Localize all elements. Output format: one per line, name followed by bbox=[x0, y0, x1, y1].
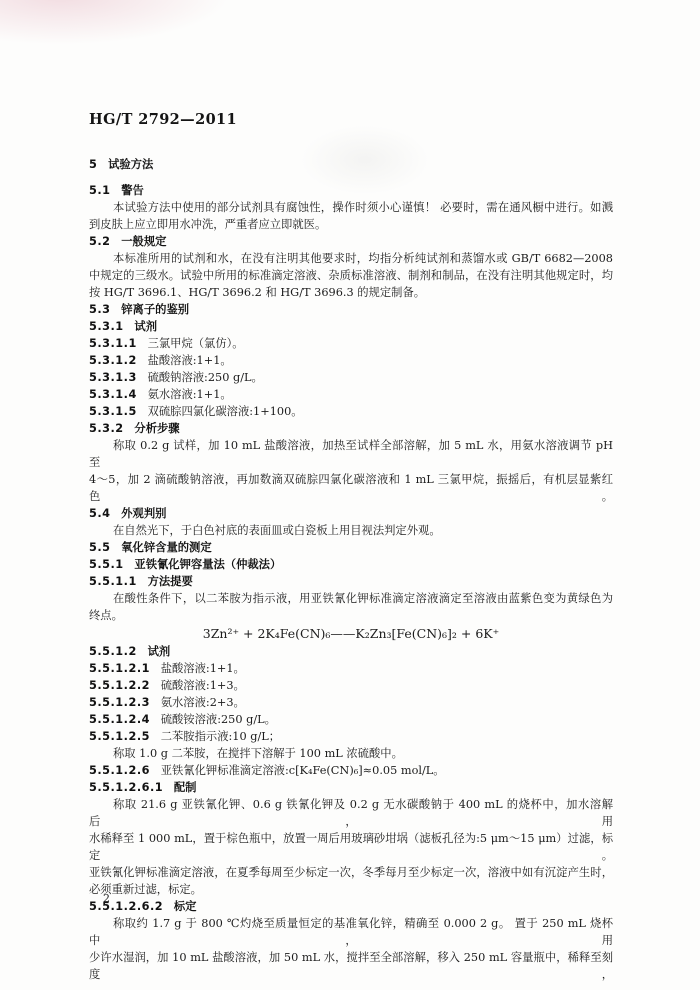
paragraph-line: 按 HG/T 3696.1、HG/T 3696.2 和 HG/T 3696.3 … bbox=[89, 284, 613, 301]
line-text: 外观判别 bbox=[121, 507, 166, 520]
paragraph-line: 称取 1.0 g 二苯胺，在搅拌下溶解于 100 mL 浓硫酸中。 bbox=[89, 745, 613, 762]
paragraph-line: 少许水湿润，加 10 mL 盐酸溶液，加 50 mL 水，搅拌至全部溶解，移入 … bbox=[89, 949, 613, 983]
line-text: 硫酸钠溶液:250 g/L。 bbox=[148, 371, 263, 384]
line-text: 在酸性条件下，以二苯胺为指示液，用亚铁氰化钾标准滴定溶液滴定至溶液由蓝紫色变为黄… bbox=[113, 592, 613, 605]
line-text: 亚铁氰化钾标准滴定溶液:c[K₄Fe(CN)₆]≈0.05 mol/L。 bbox=[161, 764, 445, 777]
paragraph-line: 水稀释至 1 000 mL，置于棕色瓶中，放置一周后用玻璃砂坩埚（滤板孔径为:5… bbox=[89, 830, 613, 864]
line-text: 本标准所用的试剂和水，在没有注明其他要求时，均指分析纯试剂和蒸馏水或 GB/T … bbox=[113, 252, 613, 265]
clause-number: 5.5.1.2.6.2 bbox=[89, 900, 163, 913]
line-text: 警告 bbox=[121, 184, 144, 197]
line-text: 少许水湿润，加 10 mL 盐酸溶液，加 50 mL 水，搅拌至全部溶解，移入 … bbox=[89, 951, 613, 981]
line-text: 配制 bbox=[174, 781, 197, 794]
line-text: 双硫腙四氯化碳溶液:1+100。 bbox=[148, 405, 303, 418]
clause-line: 5.3.1.2盐酸溶液:1+1。 bbox=[89, 352, 613, 369]
line-text: 称取 0.2 g 试样，加 10 mL 盐酸溶液，加热至试样全部溶解，加 5 m… bbox=[89, 439, 613, 469]
section-heading: 5.3.1试剂 bbox=[89, 318, 613, 335]
clause-number: 5.3.1.2 bbox=[89, 354, 137, 367]
section-heading: 5.5.1.1方法提要 bbox=[89, 573, 613, 590]
section-heading: 5.5.1.2试剂 bbox=[89, 643, 613, 660]
section-heading: 5.5氧化锌含量的测定 bbox=[89, 539, 613, 556]
clause-line: 5.5.1.2.1盐酸溶液:1+1。 bbox=[89, 660, 613, 677]
line-text: 标定 bbox=[174, 900, 197, 913]
clause-number: 5.5.1.2.4 bbox=[89, 713, 150, 726]
line-text: 锌离子的鉴别 bbox=[121, 303, 189, 316]
clause-number: 5.5.1.2.5 bbox=[89, 730, 150, 743]
page-number: 2 bbox=[103, 892, 110, 905]
line-text: 按 HG/T 3696.1、HG/T 3696.2 和 HG/T 3696.3 … bbox=[89, 286, 425, 299]
line-text: 氨水溶液:1+1。 bbox=[148, 388, 232, 401]
standard-number: HG/T 2792—2011 bbox=[89, 111, 237, 128]
paragraph-line: 本试验方法中使用的部分试剂具有腐蚀性，操作时须小心谨慎！ 必要时，需在通风橱中进… bbox=[89, 199, 613, 216]
line-text: 亚铁氰化钾容量法（仲裁法） bbox=[134, 558, 281, 571]
line-text: 试剂 bbox=[134, 320, 157, 333]
document-page: HG/T 2792—2011 5试验方法5.1警告本试验方法中使用的部分试剂具有… bbox=[0, 0, 700, 990]
section-heading: 5.5.1.2.6.1配制 bbox=[89, 779, 613, 796]
line-text: 到皮肤上应立即用水冲洗，严重者应立即就医。 bbox=[89, 218, 326, 231]
clause-number: 5.5.1.2.6.1 bbox=[89, 781, 163, 794]
line-text: 三氯甲烷（氯仿）。 bbox=[148, 337, 244, 350]
section-heading: 5.5.1亚铁氰化钾容量法（仲裁法） bbox=[89, 556, 613, 573]
clause-number: 5.4 bbox=[89, 507, 111, 520]
line-text: 盐酸溶液:1+1。 bbox=[161, 662, 245, 675]
line-text: 氧化锌含量的测定 bbox=[121, 541, 211, 554]
line-text: 硫酸溶液:1+3。 bbox=[161, 679, 245, 692]
paragraph-line: 称取 0.2 g 试样，加 10 mL 盐酸溶液，加热至试样全部溶解，加 5 m… bbox=[89, 437, 613, 471]
clause-line: 5.5.1.2.6亚铁氰化钾标准滴定溶液:c[K₄Fe(CN)₆]≈0.05 m… bbox=[89, 762, 613, 779]
clause-line: 5.5.1.2.2硫酸溶液:1+3。 bbox=[89, 677, 613, 694]
line-text: 称取约 1.7 g 于 800 ℃灼烧至质量恒定的基准氧化锌，精确至 0.000… bbox=[89, 917, 613, 947]
clause-line: 5.5.1.2.5二苯胺指示液:10 g/L； bbox=[89, 728, 613, 745]
clause-number: 5.5 bbox=[89, 541, 111, 554]
clause-line: 5.3.1.4氨水溶液:1+1。 bbox=[89, 386, 613, 403]
section-heading: 5.3锌离子的鉴别 bbox=[89, 301, 613, 318]
paragraph-line: 称取约 1.7 g 于 800 ℃灼烧至质量恒定的基准氧化锌，精确至 0.000… bbox=[89, 915, 613, 949]
line-text: 氨水溶液:2+3。 bbox=[161, 696, 245, 709]
line-text: 试验方法 bbox=[108, 158, 153, 171]
paragraph-line: 亚铁氰化钾标准滴定溶液，在夏季每周至少标定一次，冬季每月至少标定一次，溶液中如有… bbox=[89, 864, 613, 881]
line-text: 二苯胺指示液:10 g/L； bbox=[161, 730, 280, 743]
paragraph-line: 到皮肤上应立即用水冲洗，严重者应立即就医。 bbox=[89, 216, 613, 233]
section-heading: 5.1警告 bbox=[89, 182, 613, 199]
line-text: 亚铁氰化钾标准滴定溶液，在夏季每周至少标定一次，冬季每月至少标定一次，溶液中如有… bbox=[89, 866, 613, 879]
paragraph-line: 必须重新过滤，标定。 bbox=[89, 881, 613, 898]
clause-number: 5.1 bbox=[89, 184, 111, 197]
clause-number: 5.3.1.5 bbox=[89, 405, 137, 418]
clause-line: 5.3.1.3硫酸钠溶液:250 g/L。 bbox=[89, 369, 613, 386]
section-heading: 5.4外观判别 bbox=[89, 505, 613, 522]
chemical-equation: 3Zn²⁺ + 2K₄Fe(CN)₆——K₂Zn₃[Fe(CN)₆]₂ + 6K… bbox=[89, 624, 613, 643]
clause-number: 5.3.1 bbox=[89, 320, 124, 333]
paragraph-line: 称取 21.6 g 亚铁氰化钾、0.6 g 铁氰化钾及 0.2 g 无水碳酸钠于… bbox=[89, 796, 613, 830]
paragraph-line: 本标准所用的试剂和水，在没有注明其他要求时，均指分析纯试剂和蒸馏水或 GB/T … bbox=[89, 250, 613, 267]
clause-number: 5.5.1 bbox=[89, 558, 124, 571]
clause-number: 5.3.1.4 bbox=[89, 388, 137, 401]
line-text: 中规定的三级水。试验中所用的标准滴定溶液、杂质标准溶液、制剂和制品，在没有注明其… bbox=[89, 269, 613, 282]
clause-number: 5.3.2 bbox=[89, 422, 124, 435]
line-text: 试剂 bbox=[148, 645, 171, 658]
clause-line: 5.3.1.5双硫腙四氯化碳溶液:1+100。 bbox=[89, 403, 613, 420]
line-text: 终点。 bbox=[89, 609, 123, 622]
line-text: 本试验方法中使用的部分试剂具有腐蚀性，操作时须小心谨慎！ 必要时，需在通风橱中进… bbox=[113, 201, 613, 214]
paragraph-line: 中规定的三级水。试验中所用的标准滴定溶液、杂质标准溶液、制剂和制品，在没有注明其… bbox=[89, 267, 613, 284]
clause-number: 5.5.1.2 bbox=[89, 645, 137, 658]
section-heading: 5.2一般规定 bbox=[89, 233, 613, 250]
line-text: 分析步骤 bbox=[134, 422, 179, 435]
section-heading: 5试验方法 bbox=[89, 156, 613, 173]
paragraph-line: 在酸性条件下，以二苯胺为指示液，用亚铁氰化钾标准滴定溶液滴定至溶液由蓝紫色变为黄… bbox=[89, 590, 613, 607]
line-text: 一般规定 bbox=[121, 235, 166, 248]
clause-number: 5.3.1.3 bbox=[89, 371, 137, 384]
clause-number: 5.5.1.2.3 bbox=[89, 696, 150, 709]
line-text: 盐酸溶液:1+1。 bbox=[148, 354, 232, 367]
clause-number: 5.5.1.2.2 bbox=[89, 679, 150, 692]
clause-number: 5.2 bbox=[89, 235, 111, 248]
clause-line: 5.5.1.2.3氨水溶液:2+3。 bbox=[89, 694, 613, 711]
section-heading: 5.3.2分析步骤 bbox=[89, 420, 613, 437]
clause-number: 5.3 bbox=[89, 303, 111, 316]
doc-lines: 5试验方法5.1警告本试验方法中使用的部分试剂具有腐蚀性，操作时须小心谨慎！ 必… bbox=[89, 149, 613, 983]
clause-line: 5.3.1.1三氯甲烷（氯仿）。 bbox=[89, 335, 613, 352]
line-text: 称取 21.6 g 亚铁氰化钾、0.6 g 铁氰化钾及 0.2 g 无水碳酸钠于… bbox=[89, 798, 613, 828]
clause-number: 5.3.1.1 bbox=[89, 337, 137, 350]
paragraph-line: 在自然光下，于白色衬底的表面皿或白瓷板上用目视法判定外观。 bbox=[89, 522, 613, 539]
line-text: 方法提要 bbox=[148, 575, 193, 588]
clause-number: 5.5.1.2.6 bbox=[89, 764, 150, 777]
clause-number: 5.5.1.2.1 bbox=[89, 662, 150, 675]
line-text: 3Zn²⁺ + 2K₄Fe(CN)₆——K₂Zn₃[Fe(CN)₆]₂ + 6K… bbox=[203, 626, 500, 641]
clause-number: 5 bbox=[89, 158, 97, 171]
clause-number: 5.5.1.1 bbox=[89, 575, 137, 588]
line-text: 4～5，加 2 滴硫酸钠溶液，再加数滴双硫腙四氯化碳溶液和 1 mL 三氯甲烷，… bbox=[89, 473, 613, 503]
line-text: 在自然光下，于白色衬底的表面皿或白瓷板上用目视法判定外观。 bbox=[113, 524, 441, 537]
paragraph-line: 终点。 bbox=[89, 607, 613, 624]
section-heading: 5.5.1.2.6.2标定 bbox=[89, 898, 613, 915]
paragraph-line: 4～5，加 2 滴硫酸钠溶液，再加数滴双硫腙四氯化碳溶液和 1 mL 三氯甲烷，… bbox=[89, 471, 613, 505]
line-text: 称取 1.0 g 二苯胺，在搅拌下溶解于 100 mL 浓硫酸中。 bbox=[113, 747, 403, 760]
clause-line: 5.5.1.2.4硫酸铵溶液:250 g/L。 bbox=[89, 711, 613, 728]
line-text: 水稀释至 1 000 mL，置于棕色瓶中，放置一周后用玻璃砂坩埚（滤板孔径为:5… bbox=[89, 832, 613, 862]
line-text: 硫酸铵溶液:250 g/L。 bbox=[161, 713, 276, 726]
